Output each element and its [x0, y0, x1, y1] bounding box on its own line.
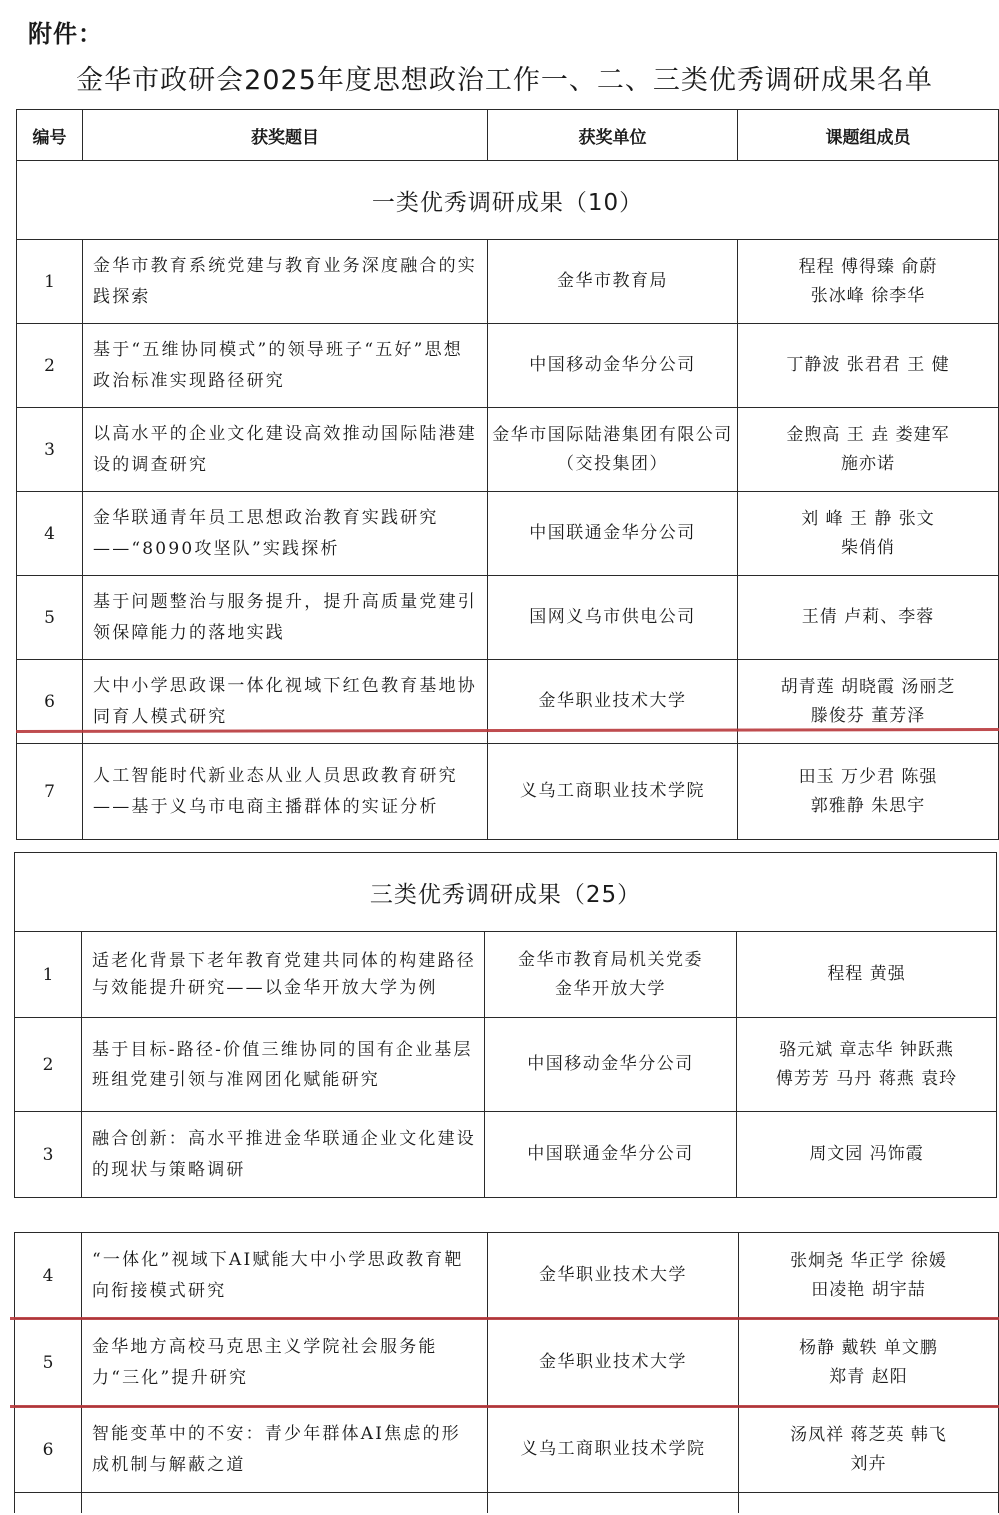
document-title: 金华市政研会2025年度思想政治工作一、二、三类优秀调研成果名单 [0, 58, 999, 97]
award-title: 金华地方高校马克思主义学院社会服务能力“三化”提升研究 [82, 1319, 488, 1407]
team-members: 丁静波 张君君 王 健 [738, 324, 999, 408]
row-number: 1 [17, 240, 83, 324]
award-title: 智能变革中的不安：青少年群体AI焦虑的形成机制与解蔽之道 [82, 1407, 488, 1493]
red-markup-line [10, 1317, 999, 1320]
table-header-row: 编号 获奖题目 获奖单位 课题组成员 [17, 110, 999, 161]
row-number: 5 [15, 1319, 82, 1407]
team-members: 刘 峰 王 静 张文柴俏俏 [738, 492, 999, 576]
award-unit: 国网义乌市供电公司 [488, 576, 738, 660]
award-unit: 中国移动金华分公司 [488, 324, 738, 408]
row-number: 3 [15, 1112, 82, 1198]
awards-table-section3-part1: 三类优秀调研成果（25） 1 适老化背景下老年教育党建共同体的构建路径与效能提升… [14, 852, 997, 1198]
attachment-label: 附件： [28, 14, 103, 49]
award-unit: 金华市教育局 [488, 240, 738, 324]
table-row: 2 基于“五维协同模式”的领导班子“五好”思想政治标准实现路径研究 中国移动金华… [17, 324, 999, 408]
table-row: 5 基于问题整治与服务提升，提升高质量党建引领保障能力的落地实践 国网义乌市供电… [17, 576, 999, 660]
section-heading-row: 三类优秀调研成果（25） [15, 853, 997, 932]
table-row: 3 融合创新：高水平推进金华联通企业文化建设的现状与策略调研 中国联通金华分公司… [15, 1112, 997, 1198]
team-members: 田玉 万少君 陈强郭雅静 朱思宇 [738, 744, 999, 840]
team-members: 金煦高 王 垚 娄建军施亦诺 [738, 408, 999, 492]
team-members: 王倩 卢莉、李蓉 [738, 576, 999, 660]
row-number: 1 [15, 932, 82, 1018]
awards-table-section3-part2: 4 “一体化”视域下AI赋能大中小学思政教育靶向衔接模式研究 金华职业技术大学 … [14, 1232, 999, 1513]
team-members: 杨静 戴轶 单文鹏郑青 赵阳 [739, 1319, 999, 1407]
award-title: “一体化”视域下AI赋能大中小学思政教育靶向衔接模式研究 [82, 1233, 488, 1319]
team-members: 周文园 冯饰霞 [737, 1112, 997, 1198]
award-unit: 金华职业技术大学 [488, 1233, 739, 1319]
award-title: 基于“五维协同模式”的领导班子“五好”思想政治标准实现路径研究 [83, 324, 488, 408]
award-title: 人工智能时代新业态从业人员思政教育研究——基于义乌市电商主播群体的实证分析 [83, 744, 488, 840]
table-row: 1 金华市教育系统党建与教育业务深度融合的实践探索 金华市教育局 程程 傅得臻 … [17, 240, 999, 324]
row-number: 2 [15, 1018, 82, 1112]
award-unit: 中国联通金华分公司 [488, 492, 738, 576]
table-row: 7 人工智能时代新业态从业人员思政教育研究——基于义乌市电商主播群体的实证分析 … [17, 744, 999, 840]
team-members: 骆元斌 章志华 钟跃燕傅芳芳 马丹 蒋燕 袁玲 [737, 1018, 997, 1112]
row-number: 6 [15, 1407, 82, 1493]
table-row: 3 以高水平的企业文化建设高效推动国际陆港建设的调查研究 金华市国际陆港集团有限… [17, 408, 999, 492]
award-unit: 中国联通金华分公司 [485, 1112, 737, 1198]
row-number: 4 [17, 492, 83, 576]
award-unit: 金华市教育局机关党委金华开放大学 [485, 932, 737, 1018]
award-title: 基于目标-路径-价值三维协同的国有企业基层班组党建引领与准网团化赋能研究 [82, 1018, 485, 1112]
row-number: 4 [15, 1233, 82, 1319]
column-header-unit: 获奖单位 [488, 110, 738, 161]
table-row: 4 金华联通青年员工思想政治教育实践研究——“8090攻坚队”实践探析 中国联通… [17, 492, 999, 576]
section-heading-class1: 一类优秀调研成果（10） [17, 161, 999, 240]
team-members: 程程 傅得臻 俞蔚张冰峰 徐李华 [738, 240, 999, 324]
table-row: 5 金华地方高校马克思主义学院社会服务能力“三化”提升研究 金华职业技术大学 杨… [15, 1319, 999, 1407]
table-row: 6 智能变革中的不安：青少年群体AI焦虑的形成机制与解蔽之道 义乌工商职业技术学… [15, 1407, 999, 1493]
award-title: 融合创新：高水平推进金华联通企业文化建设的现状与策略调研 [82, 1112, 485, 1198]
row-number: 2 [17, 324, 83, 408]
award-unit: 金华市国际陆港集团有限公司（交投集团） [488, 408, 738, 492]
award-title: 适老化背景下老年教育党建共同体的构建路径与效能提升研究——以金华开放大学为例 [82, 932, 485, 1018]
column-header-members: 课题组成员 [738, 110, 999, 161]
section-heading-row: 一类优秀调研成果（10） [17, 161, 999, 240]
table-row: 4 “一体化”视域下AI赋能大中小学思政教育靶向衔接模式研究 金华职业技术大学 … [15, 1233, 999, 1319]
red-markup-line [10, 1405, 999, 1408]
award-title: 金华联通青年员工思想政治教育实践研究——“8090攻坚队”实践探析 [83, 492, 488, 576]
section-heading-class3: 三类优秀调研成果（25） [15, 853, 997, 932]
row-number: 7 [17, 744, 83, 840]
team-members: 汤凤祥 蒋芝英 韩飞刘卉 [739, 1407, 999, 1493]
award-unit: 中国移动金华分公司 [485, 1018, 737, 1112]
award-unit: 义乌工商职业技术学院 [488, 1407, 739, 1493]
row-number: 5 [17, 576, 83, 660]
table-row: 2 基于目标-路径-价值三维协同的国有企业基层班组党建引领与准网团化赋能研究 中… [15, 1018, 997, 1112]
award-title: 以高水平的企业文化建设高效推动国际陆港建设的调查研究 [83, 408, 488, 492]
column-header-num: 编号 [17, 110, 83, 161]
award-title: 金华市教育系统党建与教育业务深度融合的实践探索 [83, 240, 488, 324]
row-number: 3 [17, 408, 83, 492]
award-title: 基于问题整治与服务提升，提升高质量党建引领保障能力的落地实践 [83, 576, 488, 660]
column-header-title: 获奖题目 [83, 110, 488, 161]
award-unit: 义乌工商职业技术学院 [488, 744, 738, 840]
table-row: 1 适老化背景下老年教育党建共同体的构建路径与效能提升研究——以金华开放大学为例… [15, 932, 997, 1018]
team-members: 张炯尧 华正学 徐媛田凌艳 胡宇喆 [739, 1233, 999, 1319]
team-members: 程程 黄强 [737, 932, 997, 1018]
table-row-cutoff [15, 1493, 999, 1513]
award-unit: 金华职业技术大学 [488, 1319, 739, 1407]
